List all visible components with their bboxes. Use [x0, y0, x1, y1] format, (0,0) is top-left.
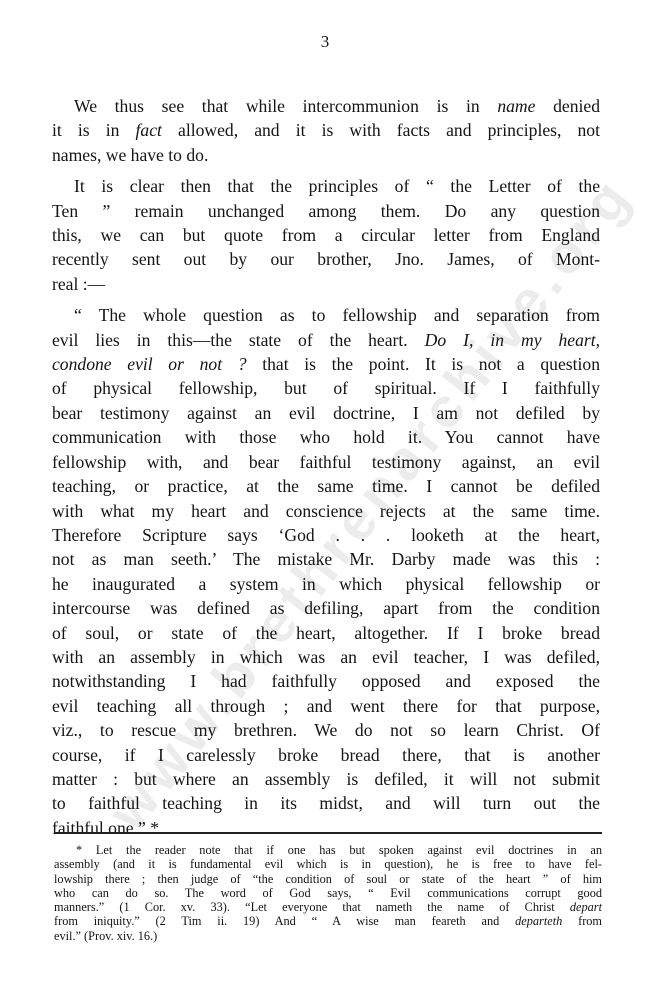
text-line: intercourse was defined as defiling, apa…	[52, 596, 600, 620]
paragraph: It is clear then that the principles of …	[52, 174, 600, 296]
text-line: this, we can but quote from a circular l…	[52, 223, 600, 247]
text-line: viz., to rescue my brethren. We do not s…	[52, 718, 600, 742]
text-line: faithful one.” *	[52, 816, 600, 840]
text-line: to faithful teaching in its midst, and w…	[52, 791, 600, 815]
text-line: “ The whole question as to fellowship an…	[52, 303, 600, 327]
italic-emphasis: Do I, in my heart,	[425, 330, 600, 350]
text-line: evil lies in this—the state of the heart…	[52, 328, 600, 352]
italic-emphasis: name	[497, 96, 535, 116]
footnote-line: * Let the reader note that if one has bu…	[54, 843, 602, 857]
italic-emphasis: departeth	[515, 914, 562, 928]
text-line: not as man seeth.’ The mistake Mr. Darby…	[52, 547, 600, 571]
italic-emphasis: depart	[570, 900, 602, 914]
text-line: notwithstanding I had faithfully opposed…	[52, 669, 600, 693]
text-line: It is clear then that the principles of …	[52, 174, 600, 198]
text-line: it is in fact allowed, and it is with fa…	[52, 118, 600, 142]
footnote-divider	[54, 832, 602, 834]
text-line: Ten ” remain unchanged among them. Do an…	[52, 199, 600, 223]
text-line: course, if I carelessly broke bread ther…	[52, 743, 600, 767]
footnote-line: manners.” (1 Cor. xv. 33). “Let everyone…	[54, 900, 602, 914]
text-line: Therefore Scripture says ‘God . . . look…	[52, 523, 600, 547]
text-line: he inaugurated a system in which physica…	[52, 572, 600, 596]
text-line: communication with those who hold it. Yo…	[52, 425, 600, 449]
text-line: fellowship with, and bear faithful testi…	[52, 450, 600, 474]
text-line: names, we have to do.	[52, 143, 600, 167]
text-line: teaching, or practice, at the same time.…	[52, 474, 600, 498]
text-line: recently sent out by our brother, Jno. J…	[52, 247, 600, 271]
text-line: with an assembly in which was an evil te…	[52, 645, 600, 669]
footnote-line: evil.” (Prov. xiv. 16.)	[54, 929, 602, 943]
text-line: condone evil or not ? that is the point.…	[52, 352, 600, 376]
paragraph: We thus see that while intercommunion is…	[52, 94, 600, 167]
footnote-line: from iniquity.” (2 Tim ii. 19) And “ A w…	[54, 914, 602, 928]
footnote: * Let the reader note that if one has bu…	[54, 843, 602, 943]
text-line: We thus see that while intercommunion is…	[52, 94, 600, 118]
page-number: 3	[0, 32, 650, 52]
text-line: matter : but where an assembly is defile…	[52, 767, 600, 791]
text-line: real :—	[52, 272, 600, 296]
text-line: with what my heart and conscience reject…	[52, 499, 600, 523]
italic-emphasis: condone evil or not ?	[52, 354, 247, 374]
italic-emphasis: fact	[136, 120, 162, 140]
paragraph: “ The whole question as to fellowship an…	[52, 303, 600, 840]
text-line: evil teaching all through ; and went the…	[52, 694, 600, 718]
footnote-line: lowship there ; then judge of “the condi…	[54, 872, 602, 886]
footnote-line: who can do so. The word of God says, “ E…	[54, 886, 602, 900]
footnote-line: assembly (and it is fundamental evil whi…	[54, 857, 602, 871]
text-line: of soul, or state of the heart, altogeth…	[52, 621, 600, 645]
text-line: bear testimony against an evil doctrine,…	[52, 401, 600, 425]
body-text: We thus see that while intercommunion is…	[52, 94, 600, 847]
text-line: of physical fellowship, but of spiritual…	[52, 376, 600, 400]
